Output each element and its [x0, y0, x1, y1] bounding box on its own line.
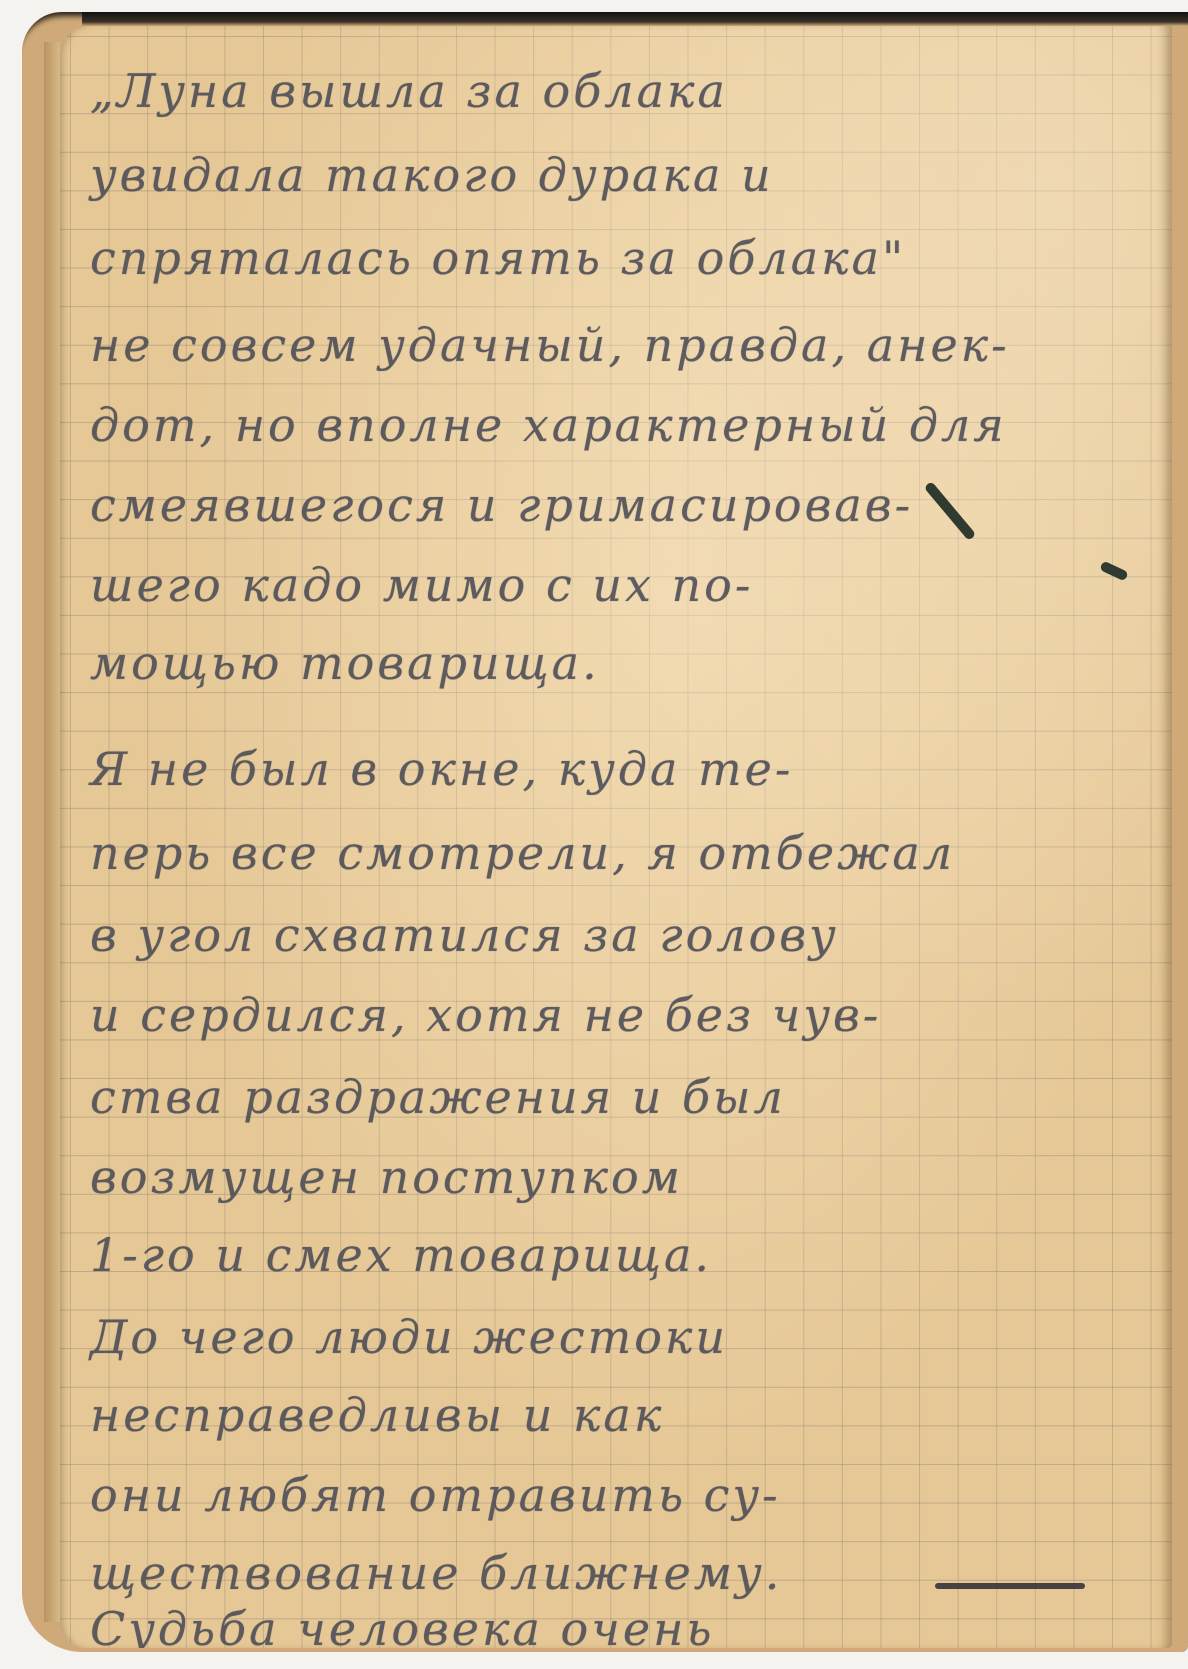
text-line: 1-го и смех товарища. [90, 1228, 712, 1282]
text-line: в угол схватился за голову [90, 908, 839, 962]
text-line: До чего люди жестоки [90, 1310, 728, 1364]
text-line: мощью товарища. [90, 636, 600, 690]
page-stack-edge [44, 42, 60, 1622]
text-line: спряталась опять за облака" [90, 231, 906, 285]
text-line: увидала такого дурака и [90, 148, 774, 202]
text-line: Судьба человека очень [90, 1602, 714, 1648]
text-line: перь все смотрели, я отбежал [90, 826, 955, 880]
text-line: „Луна вышла за облака [90, 64, 728, 118]
notebook: „Луна вышла за облака увидала такого дур… [22, 12, 1188, 1652]
notebook-cover-edge [82, 12, 1188, 26]
text-line: ства раздражения и был [90, 1070, 786, 1124]
text-line: и сердился, хотя не без чув- [90, 988, 881, 1042]
text-line: несправедливы и как [90, 1388, 664, 1442]
text-line: шего кадо мимо с их по- [90, 558, 753, 612]
text-line: ществование ближнему. [90, 1546, 782, 1600]
notebook-page: „Луна вышла за облака увидала такого дур… [60, 26, 1172, 1648]
handwritten-text: „Луна вышла за облака увидала такого дур… [60, 26, 1172, 1648]
text-line: возмущен поступком [90, 1150, 683, 1204]
text-line: смеявшегося и гримасировав- [90, 478, 913, 532]
text-line: дот, но вполне характерный для [90, 398, 1007, 452]
text-line: они любят отравить су- [90, 1468, 781, 1522]
text-line: Я не был в окне, куда те- [90, 742, 793, 796]
pencil-underline [935, 1583, 1085, 1589]
text-line: не совсем удачный, правда, анек- [90, 318, 1010, 372]
